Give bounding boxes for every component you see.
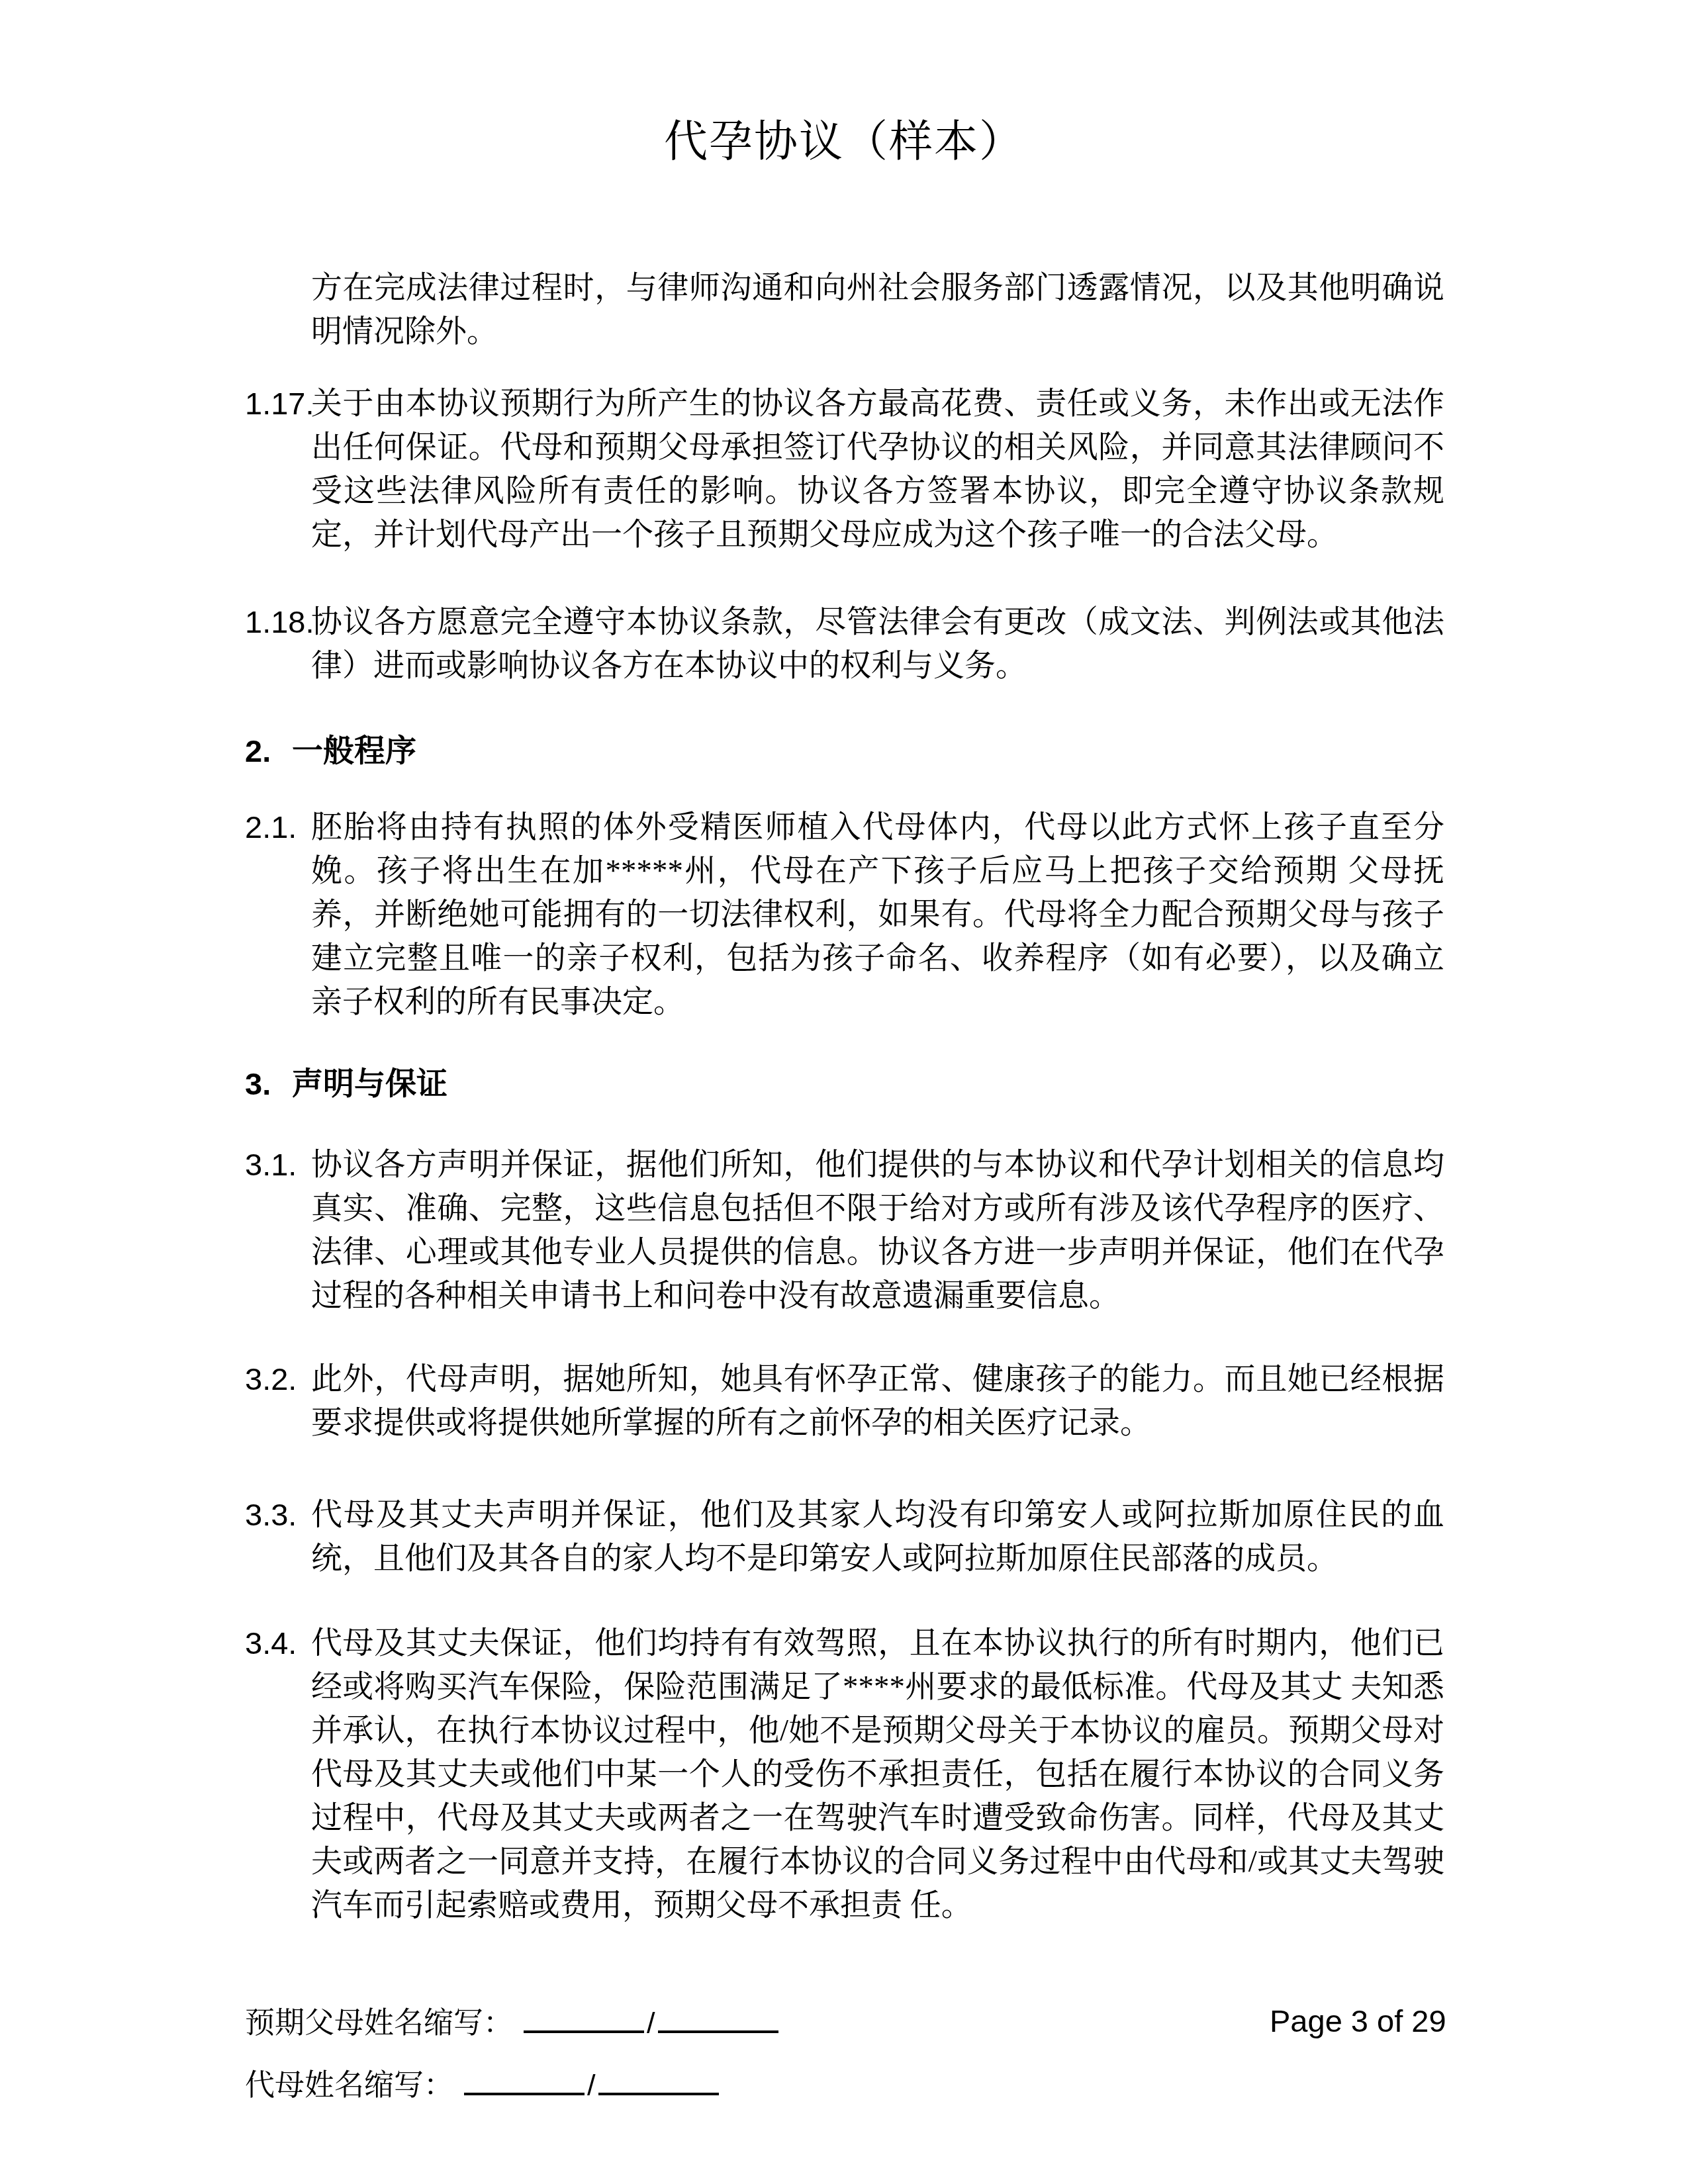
signature-blank <box>598 2062 719 2095</box>
clause-1-17: 1.17. 关于由本协议预期行为所产生的协议各方最高花费、责任或义务，未作出或无… <box>245 382 1444 557</box>
clause-number: 3.3. <box>245 1493 297 1537</box>
clause-3-1: 3.1. 协议各方声明并保证，据他们所知，他们提供的与本协议和代孕计划相关的信息… <box>245 1143 1444 1318</box>
page-number: Page 3 of 29 <box>1270 2003 1446 2040</box>
intended-parents-initials-line: 预期父母姓名缩写：/ <box>245 2000 781 2045</box>
document-page: 代孕协议（样本） 方在完成法律过程时，与律师沟通和向州社会服务部门透露情况，以及… <box>0 0 1688 2184</box>
section-number: 2. <box>245 733 271 769</box>
clause-text: 协议各方愿意完全遵守本协议条款，尽管法律会有更改（成文法、判例法或其他法律）进而… <box>311 605 1444 683</box>
clause-number: 3.4. <box>245 1621 297 1665</box>
signature-blank <box>464 2062 585 2095</box>
clause-text: 此外，代母声明，据她所知，她具有怀孕正常、健康孩子的能力。而且她已经根据要求提供… <box>311 1362 1444 1440</box>
surrogate-initials-line: 代母姓名缩写：/ <box>245 2062 781 2107</box>
clause-text: 代母及其丈夫保证，他们均持有有效驾照，且在本协议执行的所有时期内，他们已经或将购… <box>311 1626 1444 1923</box>
clause-number: 3.2. <box>245 1357 297 1401</box>
paragraph-continuation: 方在完成法律过程时，与律师沟通和向州社会服务部门透露情况，以及其他明确说明情况除… <box>245 266 1444 353</box>
page-footer: 预期父母姓名缩写：/ 代母姓名缩写：/ <box>245 2000 781 2107</box>
clause-text: 胚胎将由持有执照的体外受精医师植入代母体内，代母以此方式怀上孩子直至分娩。孩子将… <box>311 810 1444 1019</box>
surrogate-initials-label: 代母姓名缩写： <box>245 2069 453 2102</box>
clause-number: 3.1. <box>245 1143 297 1187</box>
signature-blank <box>524 2000 644 2033</box>
clause-number: 2.1. <box>245 805 297 849</box>
section-heading-2: 2. 一般程序 <box>245 733 1444 769</box>
section-heading-text: 声明与保证 <box>292 1067 447 1101</box>
intended-parents-initials-label: 预期父母姓名缩写： <box>245 2007 513 2040</box>
clause-3-4: 3.4. 代母及其丈夫保证，他们均持有有效驾照，且在本协议执行的所有时期内，他们… <box>245 1621 1444 1927</box>
clause-number: 1.17. <box>245 382 314 426</box>
slash-separator: / <box>647 2006 655 2040</box>
clause-text: 协议各方声明并保证，据他们所知，他们提供的与本协议和代孕计划相关的信息均真实、准… <box>311 1148 1444 1313</box>
slash-separator: / <box>587 2068 596 2102</box>
clause-number: 1.18. <box>245 600 314 644</box>
section-heading-3: 3. 声明与保证 <box>245 1066 1444 1102</box>
clause-3-2: 3.2. 此外，代母声明，据她所知，她具有怀孕正常、健康孩子的能力。而且她已经根… <box>245 1357 1444 1445</box>
section-number: 3. <box>245 1066 271 1102</box>
clause-text: 代母及其丈夫声明并保证，他们及其家人均没有印第安人或阿拉斯加原住民的血统，且他们… <box>311 1498 1444 1576</box>
signature-blank <box>658 2000 778 2033</box>
document-body: 方在完成法律过程时，与律师沟通和向州社会服务部门透露情况，以及其他明确说明情况除… <box>245 266 1444 1927</box>
clause-1-18: 1.18. 协议各方愿意完全遵守本协议条款，尽管法律会有更改（成文法、判例法或其… <box>245 600 1444 688</box>
clause-2-1: 2.1. 胚胎将由持有执照的体外受精医师植入代母体内，代母以此方式怀上孩子直至分… <box>245 805 1444 1024</box>
section-heading-text: 一般程序 <box>292 734 416 768</box>
clause-3-3: 3.3. 代母及其丈夫声明并保证，他们及其家人均没有印第安人或阿拉斯加原住民的血… <box>245 1493 1444 1580</box>
clause-text: 关于由本协议预期行为所产生的协议各方最高花费、责任或义务，未作出或无法作出任何保… <box>311 387 1444 552</box>
document-title: 代孕协议（样本） <box>0 0 1688 168</box>
